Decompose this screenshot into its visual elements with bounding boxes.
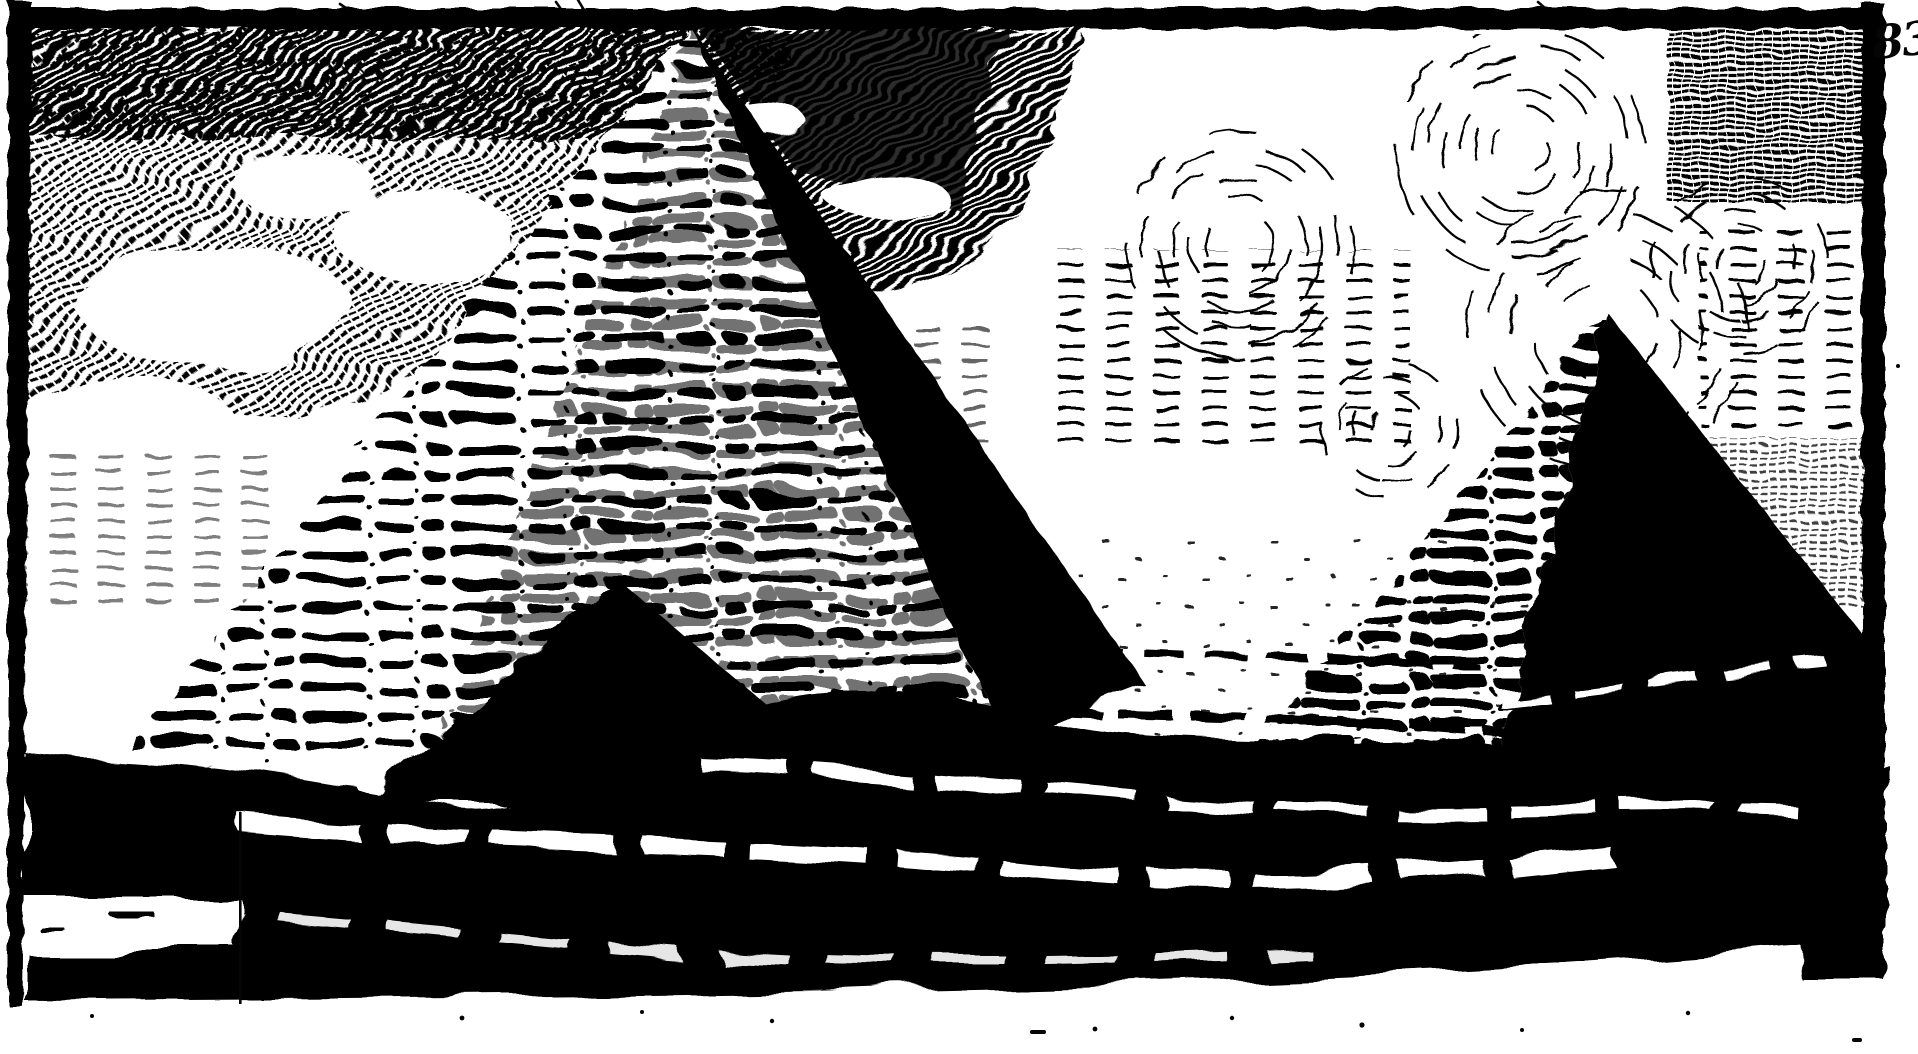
- lit-pocket-bottom-left: [14, 896, 238, 950]
- speck-right-margin: [1896, 364, 1900, 368]
- border-right: [1862, 4, 1885, 882]
- plate-scratch-line: [239, 812, 242, 1004]
- border-top: [24, 8, 1874, 29]
- scanned-book-page: 83: [0, 0, 1918, 1054]
- border-corner-ink-flood: [1795, 762, 1886, 982]
- page-number: 83: [1868, 10, 1918, 70]
- sky-dash-rows-low-left: [24, 445, 284, 610]
- engraving-plate: 83: [0, 0, 1918, 1054]
